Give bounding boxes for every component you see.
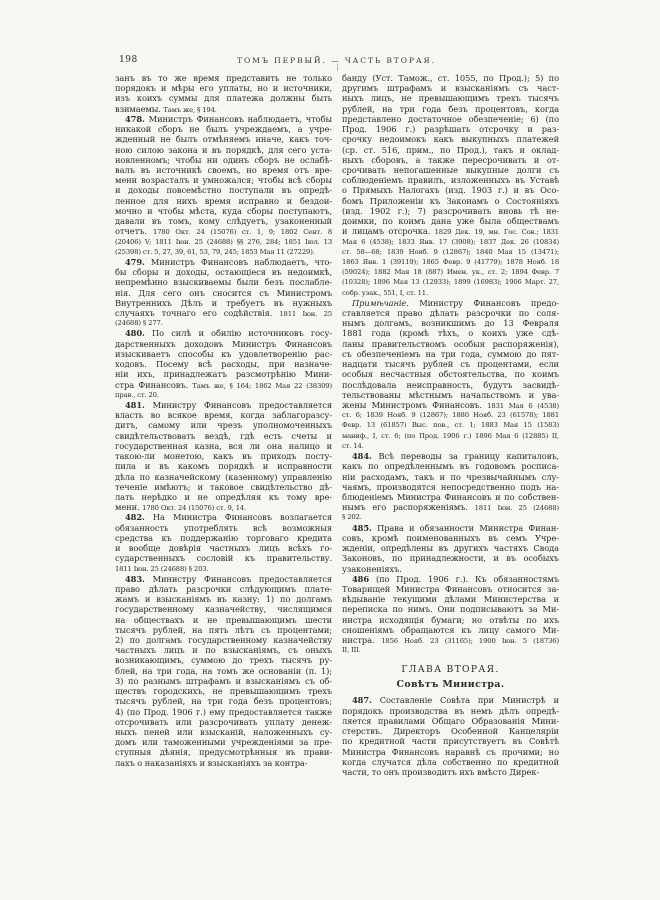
text-line: власть во всякое время, когда заблагораз… — [115, 410, 332, 420]
text-line: тельствованы мѣстнымъ начальствомъ и ува… — [342, 390, 559, 400]
text-line: стра Финансовъ. Тамъ же, § 164; 1862 Мая… — [115, 380, 332, 390]
text-line: валъ въ источникѣ своемъ, но время отъ в… — [115, 165, 332, 175]
text-line: какъ по опредѣленнымъ въ годовомъ роспис… — [342, 461, 559, 471]
text-line: средства къ поддержанію торговаго кредит… — [115, 533, 332, 543]
text-line: право дѣлать разсрочки слѣдующимъ плате- — [115, 584, 332, 594]
note-lead: Примѣчаніе. — [352, 298, 409, 308]
text-line: послѣдовала неисправность, будутъ засвид… — [342, 380, 559, 390]
text-line: ніи ихъ, принадлежатъ разсмотрѣнію Мини- — [115, 369, 332, 379]
text-line: ныхъ лицъ, не превышающимъ трехъ тысячъ — [342, 93, 559, 103]
text-line: домъ или таможенными учрежденіями за пре… — [115, 737, 332, 747]
text-line: лахъ о наказаніяхъ и взысканіяхъ за конт… — [115, 758, 332, 768]
text-line: маниф., I, ст. 6; (по Прод. 1906 г.) 189… — [342, 431, 559, 441]
text-line: (59024); 1882 Мая 18 (887) Имен. ук., ст… — [342, 267, 559, 277]
text-line: блей, на три года, на томъ же основаніи … — [115, 666, 332, 676]
text-line: жены Министромъ Финансовъ. 1831 Мая 6 (4… — [342, 400, 559, 410]
text-line: возникающимъ, суммою до трехъ тысячъ ру- — [115, 655, 332, 665]
text-line: (25398) ст. 5, 27, 39, 61, 53, 79, 245; … — [115, 247, 332, 257]
text-line: нистра исходящія бумаги; но отвѣты по их… — [342, 615, 559, 625]
text-block: занъ въ то же время представить не тольк… — [115, 73, 559, 777]
text-line: съ обезпеченіемъ на три года, суммою до … — [342, 349, 559, 359]
text-line: теченіе имѣютъ; и таковое свидѣтельство … — [115, 482, 332, 492]
text-line: 4) (по Прод. 1906 г.) ему предоставляетс… — [115, 707, 332, 717]
text-line: рублей, на три года безъ процентовъ, ког… — [342, 104, 559, 114]
text-line: доимки, по коимъ дана уже была обществам… — [342, 216, 559, 226]
text-line: нія. Для сего онъ сносится съ Министромъ — [115, 288, 332, 298]
text-line: мени возрасталъ и умножался; чтобы всѣ с… — [115, 175, 332, 185]
text-line: (ср. ст. 516, прим., по Прод.), такъ и о… — [342, 145, 559, 155]
text-line: ГЛАВА ВТОРАЯ. — [342, 660, 559, 677]
text-line: стерствъ. Директоръ Особенной Канцеляріи — [342, 726, 559, 736]
citation-text: 1831 Мая 6 (4538) — [487, 402, 559, 410]
text-line: 480. По силѣ и обилію источниковъ госу- — [115, 328, 332, 338]
text-line: собр. узак., 551, I, ст. 11. — [342, 288, 559, 298]
text-line: Совѣтъ Министра. — [342, 677, 559, 692]
text-line: частныхъ лицъ и по взысканіямъ, съ оныхъ — [115, 645, 332, 655]
text-line: прав., ст. 20. — [115, 390, 332, 400]
citation-text: 1811 Іюн. 25 — [279, 310, 332, 318]
article-number: 485. — [352, 523, 372, 533]
text-line: ленное для нихъ время исправно и бездои- — [115, 196, 332, 206]
text-line: блюденіемъ Министра Финансовъ и по собст… — [342, 492, 559, 502]
text-line: о Прямыхъ Налогахъ (изд. 1903 г.) и въ О… — [342, 185, 559, 195]
text-line: ставляется право дѣлать разсрочки по сол… — [342, 308, 559, 318]
text-line: 483. Министру Финансовъ предоставляется — [115, 574, 332, 584]
text-line: 3) по разнымъ штрафамъ и взысканіямъ съ … — [115, 676, 332, 686]
text-line: порядокъ производства въ немъ дѣлъ опред… — [342, 706, 559, 716]
text-line: 482. На Министра Финансовъ возлагается — [115, 512, 332, 522]
text-line: жденіи, опредѣлены въ другихъ частяхъ Св… — [342, 543, 559, 553]
text-line: 487. Составленіе Совѣта при Министрѣ и — [342, 695, 559, 705]
text-line: Мая 6 (4538); 1833 Янв. 17 (3908); 1837 … — [342, 237, 559, 247]
text-line: 1881 года (кромѣ тѣхъ, о коихъ уже сдѣ- — [342, 328, 559, 338]
text-line: 478. Министръ Финансовъ наблюдаетъ, чтоб… — [115, 114, 332, 124]
text-line: тысячъ рублей, на три года безъ проценто… — [115, 696, 332, 706]
text-line: узаконеніяхъ. — [342, 564, 559, 574]
text-line: изыскиваетъ способы къ удовлетворенію ра… — [115, 349, 332, 359]
text-line: II, III. — [342, 645, 559, 655]
text-line: (24688) § 277. — [115, 318, 332, 328]
text-line: отсрочивать или разсрочивать уплату дене… — [115, 717, 332, 727]
text-line: нистра. 1856 Нояб. 23 (31165); 1900 Іюн.… — [342, 635, 559, 645]
text-line: 486 (по Прод. 1906 г.). Къ обязанностямъ — [342, 574, 559, 584]
text-line: дитъ, самому или чрезъ уполномоченныхъ — [115, 420, 332, 430]
text-line: соблюденіемъ правилъ, изложенныхъ въ Уст… — [342, 175, 559, 185]
text-line: занъ въ то же время представить не тольк… — [115, 73, 332, 83]
text-line: ныхъ сборовъ, а также пересрочивать и от… — [342, 155, 559, 165]
article-number: 484. — [352, 451, 372, 461]
text-line: Товарищей Министра Финансовъ относится з… — [342, 584, 559, 594]
text-line: ляется правилами Общаго Образованія Мини… — [342, 716, 559, 726]
book-page: 198 ТОМЪ ПЕРВЫЙ. — ЧАСТЬ ВТОРАЯ. занъ въ… — [0, 0, 660, 900]
text-line: надцати тысячъ рублей съ процентами, есл… — [342, 359, 559, 369]
text-line: взимаемы. Тамъ же, § 194. — [115, 104, 332, 114]
text-line: Февр. 13 (61857) Выс. пов., ст. 1; 1883 … — [342, 420, 559, 430]
text-line: бомъ Приложеніи къ Законамъ о Состояніях… — [342, 196, 559, 206]
article-number: 486 — [352, 574, 369, 584]
text-line: и доходы повсемѣстно поступали въ опредѣ… — [115, 185, 332, 195]
text-line: части, то онъ производитъ ихъ вмѣсто Дир… — [342, 767, 559, 777]
text-line: такою-ли монетою, какъ въ приходъ посту- — [115, 451, 332, 461]
text-line: ст. 6; 1839 Нояб. 9 (12867); 1880 Нояб. … — [342, 410, 559, 420]
text-line: ною силою закона и въ порядкѣ, для сего … — [115, 145, 332, 155]
text-line: 1811 Іюн. 25 (24688) § 203. — [115, 564, 332, 574]
text-line: государственная казна, вся ли она налицо… — [115, 441, 332, 451]
text-line: давали въ томъ, кому слѣдуетъ, узаконенн… — [115, 216, 332, 226]
text-line: особыя несчастныя обстоятельства, по кои… — [342, 369, 559, 379]
text-line: непремѣнно взыскиваемы были безъ послабл… — [115, 277, 332, 287]
text-line: (20406) V; 1811 Іюн. 25 (24688) §§ 276, … — [115, 237, 332, 247]
text-line: мочно и чтобы мѣста, куда сборы поступаю… — [115, 206, 332, 216]
text-line: и лицамъ отсрочка. 1829 Дек. 19, мн. Гос… — [342, 226, 559, 236]
text-line: Внутреннихъ Дѣлъ и требуетъ въ нужныхъ — [115, 298, 332, 308]
text-line: тысячъ рублей, на пять лѣтъ съ процентам… — [115, 625, 332, 635]
text-line: совъ, кромѣ поименованныхъ въ семъ Учре- — [342, 533, 559, 543]
text-line: Министра Финансовъ наравнѣ съ прочими; н… — [342, 747, 559, 757]
text-line: жамъ и взысканіямъ въ казну: 1) по долга… — [115, 594, 332, 604]
text-line: 481. Министру Финансовъ предоставляется — [115, 400, 332, 410]
text-line: лать нерѣдко и не опредѣляя къ тому вре- — [115, 492, 332, 502]
text-line: срочку недоимокъ какъ выкупныхъ платежей — [342, 134, 559, 144]
text-line: (10328); 1896 Мая 13 (12933); 1899 (1698… — [342, 277, 559, 287]
text-line: обязанность употреблять всѣ возможныя — [115, 523, 332, 533]
text-line: другимъ штрафамъ и взысканіямъ съ част- — [342, 83, 559, 93]
text-line: мени. 1780 Окт. 24 (15076) ст. 9, 14. — [115, 502, 332, 512]
text-line: по кредитной части присутствуетъ въ Совѣ… — [342, 736, 559, 746]
left-column: занъ въ то же время представить не тольк… — [115, 73, 332, 777]
text-line: когда случатся дѣла собственно по кредит… — [342, 757, 559, 767]
text-line: 485. Права и обязанности Министра Финан- — [342, 523, 559, 533]
text-line: ст. 14. — [342, 441, 559, 451]
text-line: 484. Всѣ переводы за границу капиталовъ, — [342, 451, 559, 461]
text-line: срочивать непогашенные выкупные долги съ — [342, 165, 559, 175]
text-line: нымъ долгамъ, возникшимъ до 13 Февраля — [342, 318, 559, 328]
text-line: банду (Уст. Тамож., ст. 1055, по Прод.);… — [342, 73, 559, 83]
text-line: жденный не былъ отмѣняемъ иначе, какъ то… — [115, 134, 332, 144]
text-line: чаямъ, производятся непосредственно подъ… — [342, 482, 559, 492]
text-line: ществъ городскихъ, не превышающимъ трехъ — [115, 686, 332, 696]
citation-text: 1780 Окт. 24 (15076) ст. 9, 14. — [142, 504, 246, 512]
citation-text: 1829 Дек. 19, мн. Гос. Сов.; 1831 — [435, 228, 559, 236]
text-line: и вообще довѣрія частныхъ лицъ всѣхъ го- — [115, 543, 332, 553]
text-line: свидѣтельствовать вездѣ, гдѣ есть счеты … — [115, 431, 332, 441]
text-line: на обществахъ и не превышающимъ шести — [115, 615, 332, 625]
article-number: 479. — [125, 257, 145, 267]
citation-text: 1780 Окт. 24 (15076) ст. 1, 9; 1802 Сент… — [153, 228, 332, 236]
article-number: 487. — [352, 695, 372, 705]
citation-text: 1811 Іюн. 25 (24688) — [475, 504, 559, 512]
citation-text: Тамъ же, § 164; 1862 Мая 22 (38309) — [192, 382, 332, 390]
text-line: случаяхъ точнаго его содѣйствія. 1811 Ію… — [115, 308, 332, 318]
text-line: 1863 Янв. 1 (39119); 1865 Февр. 9 (41779… — [342, 257, 559, 267]
scan-artifact-mark — [337, 64, 338, 71]
text-line: порядокъ и мѣры его уплаты, но и источни… — [115, 83, 332, 93]
text-line: Прод. 1906 г.) разрѣшать отсрочку и раз- — [342, 124, 559, 134]
text-line: изъ коихъ суммы для платежа должны быть — [115, 93, 332, 103]
text-line: ст. 58—68; 1839 Нояб. 9 (12867); 1840 Ма… — [342, 247, 559, 257]
article-number: 481. — [125, 400, 145, 410]
text-line: 479. Министръ Финансовъ наблюдаетъ, что- — [115, 257, 332, 267]
text-line: представлено достаточное обезпеченіе; 6)… — [342, 114, 559, 124]
text-line: ныхъ пеней или взысканій, наложенныхъ су… — [115, 727, 332, 737]
text-line: § 202. — [342, 512, 559, 522]
article-number: 480. — [125, 328, 145, 338]
text-line: нымъ его распоряженіямъ. 1811 Іюн. 25 (2… — [342, 502, 559, 512]
article-number: 478. — [125, 114, 145, 124]
text-line: ступныя дѣянія, предусмотрѣнныя въ прави… — [115, 747, 332, 757]
text-line: ланы правительствомъ особыя распоряженія… — [342, 339, 559, 349]
text-line: сношеніямъ обращаются къ лицу самого Ми- — [342, 625, 559, 635]
text-line: государственному казначейству, числящимс… — [115, 604, 332, 614]
article-number: 483. — [125, 574, 145, 584]
text-line: отчетъ. 1780 Окт. 24 (15076) ст. 1, 9; 1… — [115, 226, 332, 236]
text-line: 2) по долгамъ государственному казначейс… — [115, 635, 332, 645]
text-line: сударственныхъ сословій къ правительству… — [115, 553, 332, 563]
text-line: ніи расходамъ, такъ и по чрезвычайнымъ с… — [342, 472, 559, 482]
text-line: бы сборы и доходы, остающіеся въ недоимк… — [115, 267, 332, 277]
text-line: вѣдываніе текущими дѣлами Министерства и — [342, 594, 559, 604]
text-line: никакой сборъ не былъ учреждаемъ, а учре… — [115, 124, 332, 134]
text-line: пила и въ какомъ порядкѣ и исправности — [115, 461, 332, 471]
text-line: новленномъ; чтобы ни одинъ сборъ не осла… — [115, 155, 332, 165]
text-line: Законовъ, по принадлежности, и въ особых… — [342, 553, 559, 563]
citation-text: 1856 Нояб. 23 (31165); 1900 Іюн. 5 (1873… — [381, 637, 559, 645]
text-line: дѣла по казначейскому (казенному) управл… — [115, 472, 332, 482]
text-line: дарственныхъ доходовъ Министръ Финансовъ — [115, 339, 332, 349]
citation-text: Тамъ же, § 194. — [163, 106, 216, 114]
article-number: 482. — [125, 512, 145, 522]
text-line: Примѣчаніе. Министру Финансовъ предо- — [342, 298, 559, 308]
text-line: ходовъ. Посему всѣ расходы, при назначе- — [115, 359, 332, 369]
right-column: банду (Уст. Тамож., ст. 1055, по Прод.);… — [342, 73, 559, 777]
text-line: переписка по нимъ. Они подписываютъ за М… — [342, 604, 559, 614]
text-line: (изд. 1902 г.); 7) разсрочивать вновь тѣ… — [342, 206, 559, 216]
